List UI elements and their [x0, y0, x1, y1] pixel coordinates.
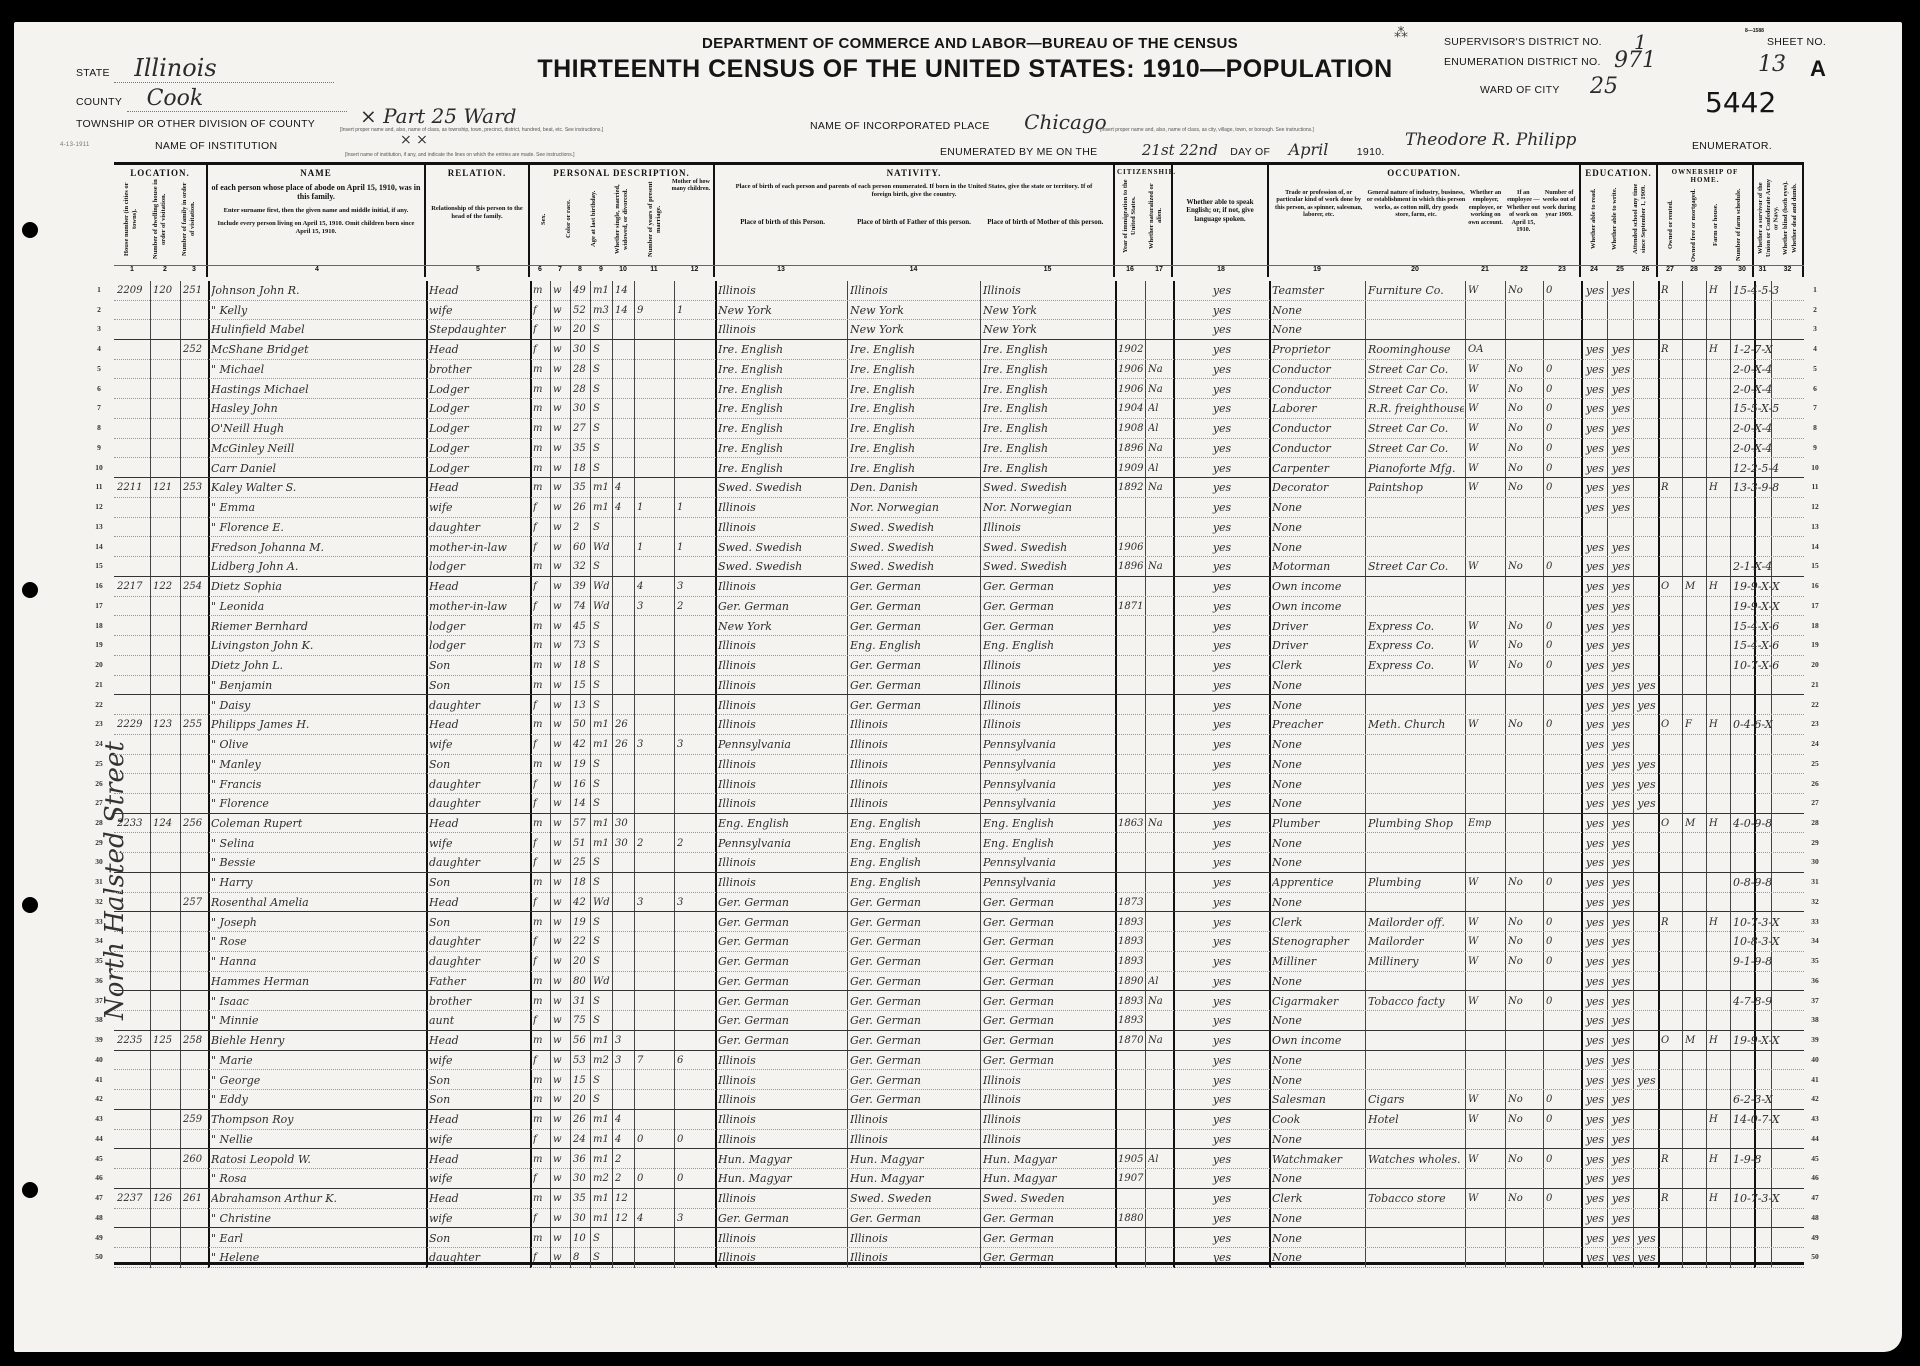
cell-pob: Illinois [718, 776, 846, 794]
cell-read: yes [1584, 795, 1606, 813]
cell-weeks [1546, 302, 1580, 320]
cell-years [615, 460, 633, 478]
cell-sex: f [533, 341, 549, 359]
line-number: 21 [92, 680, 106, 689]
column-number: 9 [590, 265, 612, 277]
line-number: 22 [92, 700, 106, 709]
cell-school [1636, 420, 1657, 438]
cell-marital: m1 [593, 1131, 611, 1149]
cell-out [1508, 894, 1542, 912]
cell-english: yes [1176, 578, 1268, 596]
line-number: 44 [92, 1134, 106, 1143]
line-number: 48 [92, 1213, 106, 1222]
cell-pob-mother: Ire. English [983, 341, 1114, 359]
cell-race: w [553, 993, 569, 1011]
cell-english: yes [1176, 361, 1268, 379]
cell-emp [1468, 1249, 1504, 1267]
cell-race: w [553, 361, 569, 379]
other-header: Whether a survivor of the Union or Confe… [1754, 165, 1804, 277]
cell-marital: S [593, 460, 611, 478]
cell-pob-mother: Pennsylvania [983, 874, 1114, 892]
cell-free [1685, 479, 1705, 497]
cell-house [117, 993, 149, 1011]
cell-farm [1709, 795, 1729, 813]
cell-industry [1368, 776, 1464, 794]
mother-of-desc: Mother of how many children. [671, 179, 711, 257]
cell-born [637, 914, 673, 932]
stamp-mark-icon: ⁂ [1394, 24, 1408, 41]
cell-nat: Al [1148, 460, 1172, 478]
cell-sched: 0-8-9-8 [1733, 874, 1803, 892]
cell-english: yes [1176, 479, 1268, 497]
line-number: 30 [1808, 857, 1822, 866]
cell-emp [1468, 1230, 1504, 1248]
cell-name: Hulinfield Mabel [211, 321, 425, 339]
cell-name: " Nellie [211, 1131, 425, 1149]
cell-dwelling [153, 677, 179, 695]
cell-free [1685, 558, 1705, 576]
cell-immig: 1904 [1118, 400, 1144, 418]
cell-sex: f [533, 519, 549, 537]
cell-family [183, 1131, 207, 1149]
cell-industry: Express Co. [1368, 657, 1464, 675]
cell-dwelling [153, 1151, 179, 1169]
cell-english: yes [1176, 716, 1268, 734]
township-instructions: [Insert proper name and, also, name of c… [340, 127, 603, 133]
cell-emp: W [1468, 914, 1504, 932]
cell-nat [1148, 914, 1172, 932]
cell-industry [1368, 539, 1464, 557]
line-number: 1 [92, 285, 106, 294]
table-row: " Leonidamother-in-lawfw74Wd32Ger. Germa… [114, 597, 1804, 617]
line-number: 39 [92, 1035, 106, 1044]
cell-sched: 6-2-3-X [1733, 1091, 1803, 1109]
cell-emp [1468, 736, 1504, 754]
cell-nat: Na [1148, 558, 1172, 576]
cell-occupation: Conductor [1272, 420, 1364, 438]
cell-nat [1148, 1210, 1172, 1228]
cell-emp: W [1468, 440, 1504, 458]
cell-sex: m [533, 815, 549, 833]
cell-english: yes [1176, 894, 1268, 912]
table-row: " Rosawifefw30m2200Hun. MagyarHun. Magya… [114, 1169, 1804, 1189]
cell-years [615, 598, 633, 616]
cell-sched [1733, 894, 1803, 912]
line-number: 27 [1808, 798, 1822, 807]
cell-pob-mother: Swed. Swedish [983, 539, 1114, 557]
cell-family [183, 460, 207, 478]
cell-nat [1148, 1052, 1172, 1070]
cell-marital: S [593, 677, 611, 695]
cell-living [677, 321, 714, 339]
cell-emp: W [1468, 874, 1504, 892]
cell-sched [1733, 736, 1803, 754]
line-number: 26 [1808, 779, 1822, 788]
cell-pob-father: Eng. English [850, 637, 979, 655]
cell-years: 12 [615, 1190, 633, 1208]
cell-pob-mother: Ire. English [983, 400, 1114, 418]
line-number: 1 [1808, 285, 1822, 294]
relation-desc: Relationship of this person to the head … [428, 205, 526, 221]
cell-emp [1468, 302, 1504, 320]
cell-pob-father: Ger. German [850, 973, 979, 991]
cell-read: yes [1584, 1190, 1606, 1208]
cell-living: 2 [677, 598, 714, 616]
column-number: 18 [1173, 265, 1269, 277]
cell-emp: W [1468, 933, 1504, 951]
cell-nat [1148, 618, 1172, 636]
cell-dwelling [153, 953, 179, 971]
cell-school [1636, 341, 1657, 359]
cell-marital: m1 [593, 1210, 611, 1228]
cell-free: M [1685, 815, 1705, 833]
cell-sex: m [533, 677, 549, 695]
cell-owned: R [1661, 1151, 1681, 1169]
cell-family [183, 321, 207, 339]
cell-write: yes [1610, 894, 1632, 912]
cell-pob: Illinois [718, 1230, 846, 1248]
cell-occupation: Watchmaker [1272, 1151, 1364, 1169]
cell-english: yes [1176, 874, 1268, 892]
cell-free: M [1685, 1032, 1705, 1050]
line-number: 16 [92, 581, 106, 590]
cell-years [615, 894, 633, 912]
cell-english: yes [1176, 914, 1268, 932]
line-number: 42 [1808, 1094, 1822, 1103]
cell-pob-mother: Ger. German [983, 598, 1114, 616]
cell-school [1636, 933, 1657, 951]
cell-immig [1118, 677, 1144, 695]
cell-pob-father: Ger. German [850, 1032, 979, 1050]
cell-born [637, 519, 673, 537]
cell-free [1685, 1190, 1705, 1208]
column-number: 5 [426, 265, 530, 277]
cell-relation: Lodger [429, 420, 529, 438]
column-number: 14 [847, 265, 980, 277]
cell-immig [1118, 1190, 1144, 1208]
cell-occupation: Own income [1272, 578, 1364, 596]
cell-living: 6 [677, 1052, 714, 1070]
cell-industry [1368, 1131, 1464, 1149]
cell-weeks: 0 [1546, 993, 1580, 1011]
cell-dwelling [153, 361, 179, 379]
cell-family [183, 381, 207, 399]
cell-industry [1368, 1249, 1464, 1267]
cell-family: 251 [183, 282, 207, 300]
table-row: " Nelliewifefw24m1400IllinoisIllinoisIll… [114, 1130, 1804, 1150]
table-row: " Francisdaughterfw16SIllinoisIllinoisPe… [114, 775, 1804, 795]
cell-industry: Roominghouse [1368, 341, 1464, 359]
cell-free [1685, 598, 1705, 616]
cell-out: No [1508, 657, 1542, 675]
cell-farm [1709, 321, 1729, 339]
cell-sched: 10-7-3-X [1733, 914, 1803, 932]
cell-school [1636, 321, 1657, 339]
cell-relation: mother-in-law [429, 598, 529, 616]
cell-out: No [1508, 361, 1542, 379]
cell-pob-mother: Ger. German [983, 953, 1114, 971]
cell-sex: m [533, 1151, 549, 1169]
location-header: LOCATION. House number (in cities or tow… [114, 165, 208, 277]
cell-weeks: 0 [1546, 460, 1580, 478]
cell-free [1685, 894, 1705, 912]
ward-label: WARD OF CITY [1480, 84, 1560, 96]
column-number: 26 [1633, 265, 1658, 277]
line-number: 38 [1808, 1015, 1822, 1024]
cell-school: yes [1636, 756, 1657, 774]
cell-age: 15 [573, 1072, 589, 1090]
citizenship-header: CITIZENSHIP. Year of immigration to the … [1115, 165, 1173, 277]
cell-occupation: None [1272, 854, 1364, 872]
cell-house [117, 1210, 149, 1228]
line-number: 50 [1808, 1252, 1822, 1261]
cell-family [183, 914, 207, 932]
line-number: 13 [92, 522, 106, 531]
cell-occupation: Cook [1272, 1111, 1364, 1129]
cell-living: 1 [677, 302, 714, 320]
cell-years: 4 [615, 479, 633, 497]
line-number: 35 [92, 956, 106, 965]
enumerator-label: ENUMERATOR. [1692, 140, 1772, 152]
cell-house [117, 400, 149, 418]
cell-read: yes [1584, 479, 1606, 497]
cell-dwelling [153, 1091, 179, 1109]
cell-relation: Head [429, 341, 529, 359]
nativity-header: NATIVITY. Place of birth of each person … [715, 165, 1115, 277]
cell-race: w [553, 815, 569, 833]
line-number: 47 [92, 1193, 106, 1202]
cell-nat [1148, 953, 1172, 971]
cell-born [637, 460, 673, 478]
cell-name: Kaley Walter S. [211, 479, 425, 497]
cell-marital: Wd [593, 578, 611, 596]
cell-industry: Watches wholes. [1368, 1151, 1464, 1169]
line-number: 4 [1808, 344, 1822, 353]
cell-read: yes [1584, 993, 1606, 1011]
cell-school [1636, 578, 1657, 596]
col3-desc: Number of family in order of visitation. [181, 179, 197, 259]
cell-immig [1118, 716, 1144, 734]
col27-desc: Owned free or mortgaged. [1690, 185, 1698, 265]
cell-pob-father: Ger. German [850, 1012, 979, 1030]
cell-dwelling [153, 1210, 179, 1228]
cell-nat [1148, 302, 1172, 320]
cell-sched [1733, 1170, 1803, 1188]
cell-name: Rosenthal Amelia [211, 894, 425, 912]
cell-write: yes [1610, 1249, 1632, 1267]
cell-sex: m [533, 558, 549, 576]
cell-pob-mother: Pennsylvania [983, 776, 1114, 794]
cell-relation: wife [429, 302, 529, 320]
cell-house [117, 341, 149, 359]
cell-living [677, 637, 714, 655]
cell-occupation: None [1272, 776, 1364, 794]
cell-family [183, 519, 207, 537]
cell-nat [1148, 519, 1172, 537]
cell-pob-father: Swed. Sweden [850, 1190, 979, 1208]
cell-free [1685, 776, 1705, 794]
cell-marital: m1 [593, 479, 611, 497]
cell-school [1636, 539, 1657, 557]
cell-race: w [553, 1032, 569, 1050]
line-number: 3 [92, 324, 106, 333]
cell-race: w [553, 1249, 569, 1267]
cell-living [677, 1111, 714, 1129]
cell-pob: Ger. German [718, 973, 846, 991]
table-row: 2209120251Johnson John R.Headmw49m114Ill… [114, 281, 1804, 301]
cell-sex: f [533, 321, 549, 339]
cell-out [1508, 756, 1542, 774]
cell-relation: Father [429, 973, 529, 991]
cell-pob-father: Ger. German [850, 578, 979, 596]
cell-write: yes [1610, 1151, 1632, 1169]
column-number: 28 [1682, 265, 1706, 277]
cell-farm [1709, 973, 1729, 991]
cell-immig [1118, 1131, 1144, 1149]
cell-occupation: None [1272, 499, 1364, 517]
cell-age: 2 [573, 519, 589, 537]
cell-age: 35 [573, 479, 589, 497]
township-field: TOWNSHIP OR OTHER DIVISION OF COUNTY [76, 114, 315, 132]
cell-read: yes [1584, 914, 1606, 932]
cell-farm [1709, 1131, 1729, 1149]
cell-school [1636, 1111, 1657, 1129]
cell-pob-father: Eng. English [850, 835, 979, 853]
cell-living: 1 [677, 539, 714, 557]
cell-age: 53 [573, 1052, 589, 1070]
cell-free [1685, 1170, 1705, 1188]
cell-living [677, 677, 714, 695]
cell-nat [1148, 282, 1172, 300]
cell-pob: Swed. Swedish [718, 558, 846, 576]
cell-family [183, 1012, 207, 1030]
cell-marital: S [593, 933, 611, 951]
cell-free: F [1685, 716, 1705, 734]
cell-race: w [553, 618, 569, 636]
cell-write: yes [1610, 578, 1632, 596]
education-header: EDUCATION. Whether able to read. Whether… [1581, 165, 1658, 277]
cell-write: yes [1610, 499, 1632, 517]
cell-pob: Illinois [718, 1091, 846, 1109]
line-number: 30 [92, 857, 106, 866]
cell-owned [1661, 1052, 1681, 1070]
table-row: Hulinfield MabelStepdaughterfw20SIllinoi… [114, 320, 1804, 340]
cell-race: w [553, 1091, 569, 1109]
cell-out: No [1508, 618, 1542, 636]
col26-desc: Owned or rented. [1667, 185, 1675, 265]
cell-name: Dietz Sophia [211, 578, 425, 596]
cell-marital: S [593, 420, 611, 438]
cell-immig [1118, 1230, 1144, 1248]
table-row: " Hannadaughterfw20SGer. GermanGer. Germ… [114, 952, 1804, 972]
cell-english: yes [1176, 973, 1268, 991]
cell-industry: Cigars [1368, 1091, 1464, 1109]
cell-living [677, 558, 714, 576]
col30-desc: Whether a survivor of the Union or Confe… [1757, 178, 1780, 258]
cell-english: yes [1176, 1052, 1268, 1070]
cell-weeks: 0 [1546, 914, 1580, 932]
cell-occupation: Clerk [1272, 1190, 1364, 1208]
cell-english: yes [1176, 1012, 1268, 1030]
cell-pob: Illinois [718, 677, 846, 695]
cell-farm [1709, 874, 1729, 892]
cell-weeks [1546, 499, 1580, 517]
line-number: 9 [1808, 443, 1822, 452]
line-number: 7 [1808, 403, 1822, 412]
cell-industry [1368, 1012, 1464, 1030]
cell-dwelling [153, 1170, 179, 1188]
cell-write: yes [1610, 1091, 1632, 1109]
cell-out: No [1508, 1091, 1542, 1109]
cell-immig: 1893 [1118, 933, 1144, 951]
col7-desc: Age at last birthday. [590, 179, 598, 259]
line-number: 50 [92, 1252, 106, 1261]
cell-name: " Florence E. [211, 519, 425, 537]
line-number: 31 [1808, 877, 1822, 886]
cell-school [1636, 381, 1657, 399]
cell-out [1508, 677, 1542, 695]
cell-age: 26 [573, 1111, 589, 1129]
cell-pob-father: Illinois [850, 1111, 979, 1129]
cell-sex: m [533, 1230, 549, 1248]
cell-pob: Illinois [718, 854, 846, 872]
line-number: 2 [1808, 305, 1822, 314]
cell-occupation: None [1272, 1131, 1364, 1149]
cell-sched: 0-4-6-X [1733, 716, 1803, 734]
cell-pob: Ire. English [718, 460, 846, 478]
cell-living [677, 282, 714, 300]
cell-race: w [553, 894, 569, 912]
line-number: 19 [1808, 640, 1822, 649]
supervisor-label: SUPERVISOR'S DISTRICT NO. [1444, 36, 1602, 48]
cell-occupation: None [1272, 736, 1364, 754]
cell-years [615, 420, 633, 438]
cell-marital: S [593, 795, 611, 813]
cell-sched [1733, 302, 1803, 320]
cell-house [117, 874, 149, 892]
cell-dwelling [153, 519, 179, 537]
cell-industry: Mailorder [1368, 933, 1464, 951]
cell-emp [1468, 578, 1504, 596]
cell-write: yes [1610, 677, 1632, 695]
cell-free [1685, 657, 1705, 675]
cell-out [1508, 519, 1542, 537]
cell-born [637, 1091, 673, 1109]
cell-sex: f [533, 598, 549, 616]
cell-write: yes [1610, 618, 1632, 636]
cell-sex: m [533, 420, 549, 438]
cell-relation: wife [429, 1170, 529, 1188]
cell-dwelling [153, 302, 179, 320]
cell-free [1685, 440, 1705, 458]
cell-sex: m [533, 1111, 549, 1129]
cell-nat [1148, 1230, 1172, 1248]
col32-desc: Whether deaf and dumb. [1791, 178, 1799, 258]
cell-name: McGinley Neill [211, 440, 425, 458]
cell-born [637, 933, 673, 951]
language-header: Whether able to speak English; or, if no… [1173, 165, 1269, 277]
cell-years [615, 400, 633, 418]
cell-english: yes [1176, 953, 1268, 971]
cell-out: No [1508, 914, 1542, 932]
cell-name: " Selina [211, 835, 425, 853]
cell-industry [1368, 302, 1464, 320]
cell-immig [1118, 795, 1144, 813]
cell-pob-father: New York [850, 302, 979, 320]
cell-born [637, 874, 673, 892]
cell-name: " Minnie [211, 1012, 425, 1030]
census-table: LOCATION. House number (in cities or tow… [114, 162, 1804, 1265]
